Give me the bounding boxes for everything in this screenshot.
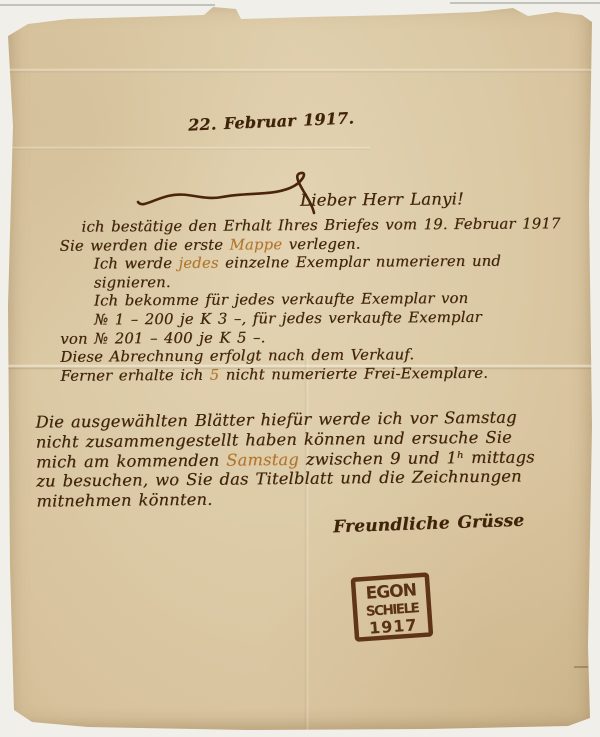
letter-salutation: Lieber Herr Lanyi!	[300, 189, 464, 209]
letter-closing: Freundliche Grüsse	[333, 511, 525, 538]
faded-ink-word: Mappe	[230, 236, 283, 253]
paper-edge-nick	[574, 666, 588, 668]
scanner-edge-line	[0, 4, 215, 6]
stamp-text-year: 1917	[368, 615, 418, 637]
letter-paper: 22. Februar 1917. Lieber Herr Lanyi! ich…	[8, 6, 592, 730]
fold-crease-top	[8, 68, 592, 73]
letter-line: Ich werde jedes einzelne Exemplar numeri…	[60, 252, 561, 274]
faded-ink-word: Samstag	[226, 449, 299, 469]
fold-crease-faint	[8, 146, 370, 150]
letter-line: Ferner erhalte ich 5 nicht numerierte Fr…	[60, 364, 561, 386]
scanned-letter: 22. Februar 1917. Lieber Herr Lanyi! ich…	[0, 0, 600, 737]
scanner-edge-line	[450, 2, 600, 4]
letter-line: mitnehmen könnten.	[36, 487, 535, 512]
letter-paragraph-meeting: Die ausgewählten Blätter hiefür werde ic…	[35, 407, 535, 511]
faded-ink-word: 5	[210, 366, 220, 383]
letter-line: ich bestätige den Erhalt Ihres Briefes v…	[59, 215, 560, 237]
letter-paragraph-terms: ich bestätige den Erhalt Ihres Briefes v…	[59, 215, 561, 386]
faded-ink-word: jedes	[178, 255, 218, 272]
letter-date: 22. Februar 1917.	[188, 108, 355, 134]
egon-schiele-signature-stamp: EGON SCHIELE 1917	[348, 569, 439, 647]
